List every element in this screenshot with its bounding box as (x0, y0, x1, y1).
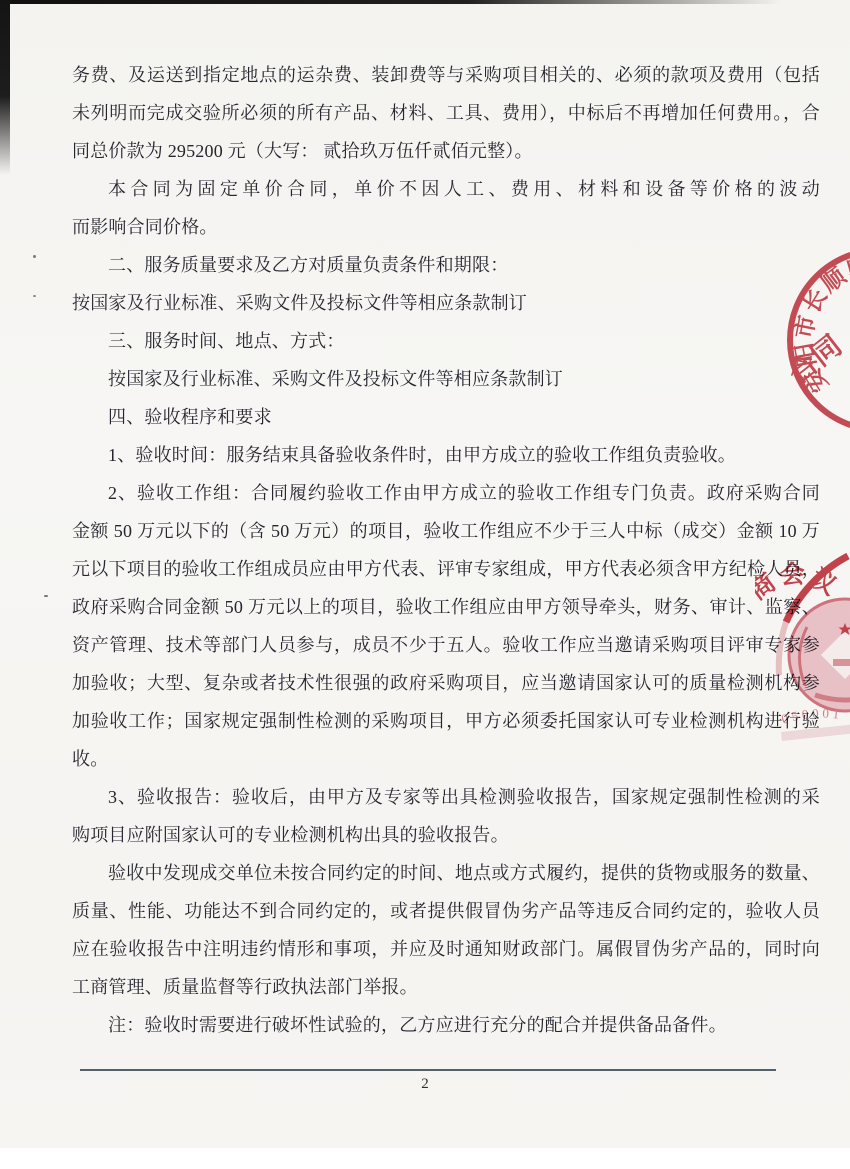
text-line: 加验收工作；国家规定强制性检测的采购项目，甲方必须委托国家认可专业检测机构进行验 (72, 702, 820, 740)
text-line: 务费、及运送到指定地点的运杂费、装卸费等与采购项目相关的、必须的款项及费用（包括 (72, 56, 820, 94)
text-line: 购项目应附国家认可的专业检测机构出具的验收报告。 (72, 816, 820, 854)
text-line: 而影响合同价格。 (72, 208, 820, 246)
contract-body-text: 务费、及运送到指定地点的运杂费、装卸费等与采购项目相关的、必须的款项及费用（包括… (72, 56, 820, 1044)
national-emblem (789, 599, 850, 711)
text-line: 金额 50 万元以下的（含 50 万元）的项目，验收工作组应不少于三人中标（成交… (72, 512, 820, 550)
text-line: 3、验收报告：验收后，由甲方及专家等出具检测验收报告，国家规定强制性检测的采 (72, 778, 820, 816)
text-line: 政府采购合同金额 50 万元以上的项目，验收工作组应由甲方领导牵头，财务、审计、… (72, 588, 820, 626)
text-line: 质量、性能、功能达不到合同约定的，或者提供假冒伪劣产品等违反合同约定的，验收人员 (72, 892, 820, 930)
text-line: 二、服务质量要求及乙方对质量负责条件和期限： (72, 246, 820, 284)
text-line: 按国家及行业标准、采购文件及投标文件等相应条款制订 (72, 284, 820, 322)
text-line: 加验收；大型、复杂或者技术性很强的政府采购项目，应当邀请国家认可的质量检测机构参 (72, 664, 820, 702)
scan-edge-left (0, 0, 10, 175)
text-line: 注：验收时需要进行破坏性试验的，乙方应进行充分的配合并提供备品备件。 (72, 1006, 820, 1044)
text-line: 三、服务时间、地点、方式： (72, 322, 820, 360)
text-line: 2、验收工作组：合同履约验收工作由甲方成立的验收工作组专门负责。政府采购合同 (72, 474, 820, 512)
seal-serial-number: 050001 (780, 706, 844, 727)
footer-divider-line (80, 1069, 776, 1071)
text-line: 1、验收时间：服务结束具备验收条件时，由甲方成立的验收工作组负责验收。 (72, 436, 820, 474)
seal-ring-faint (779, 622, 786, 675)
text-line: 资产管理、技术等部门人员参与，成员不少于五人。验收工作应当邀请采购项目评审专家参 (72, 626, 820, 664)
text-line: 未列明而完成交验所必须的所有产品、材料、工具、费用），中标后不再增加任何费用。，… (72, 94, 820, 132)
scan-speck (44, 595, 48, 597)
text-line: 按国家及行业标准、采购文件及投标文件等相应条款制订 (72, 360, 820, 398)
text-line: 工商管理、质量监督等行政执法部门举报。 (72, 968, 820, 1006)
text-line: 四、验收程序和要求 (72, 398, 820, 436)
text-line: 验收中发现成交单位未按合同约定的时间、地点或方式履约，提供的货物或服务的数量、 (72, 854, 820, 892)
text-line: 应在验收报告中注明违约情形和事项，并应及时通知财政部门。属假冒伪劣产品的，同时向 (72, 930, 820, 968)
seal-banner-smudge (781, 724, 850, 741)
text-line: 元以下项目的验收工作组成员应由甲方代表、评审专家组成，甲方代表必须含甲方纪检人员… (72, 550, 820, 588)
text-line: 本合同为固定单价合同，单价不因人工、费用、材料和设备等价格的波动 (72, 170, 820, 208)
official-round-seal-stamp: 商会议 050001 (755, 540, 850, 775)
scan-edge-top (0, 0, 850, 4)
text-line: 收。 (72, 740, 820, 778)
scan-edge-bottom (0, 1148, 850, 1169)
page-number: 2 (0, 1076, 850, 1093)
scan-speck (33, 255, 36, 258)
text-line: 同总价款为 295200 元（大写： 贰拾玖万伍仟贰佰元整）。 (72, 132, 820, 170)
svg-text:050001: 050001 (780, 706, 844, 727)
scanned-contract-page: 务费、及运送到指定地点的运杂费、装卸费等与采购项目相关的、必须的款项及费用（包括… (0, 0, 850, 1169)
scan-speck (33, 295, 36, 297)
contract-seal-stamp: 安阳市长顺印 合同 (770, 235, 850, 455)
